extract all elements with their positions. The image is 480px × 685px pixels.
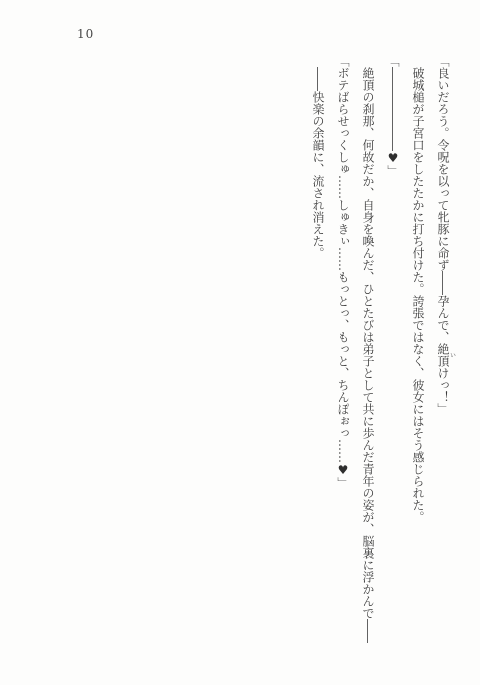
ruby-annotated-word: 絶頂い [436, 343, 450, 367]
text-column-dialogue-heart: 「―――――――♥」 [380, 55, 405, 673]
heart-symbol: ♥ [336, 463, 350, 477]
text-column-narrative-climax: 絶頂の刹那、何故だか、自身を喚んだ、ひとたびは弟子として共に歩んだ青年の姿が、脳… [355, 55, 380, 673]
vertical-text-block: 「良いだろう。令呪を以って牝豚に命ず――孕んで、絶頂いけっ！」破城槌が子宮口をし… [305, 55, 455, 673]
page-number: 10 [77, 27, 94, 41]
heart-symbol: ♥ [386, 151, 400, 165]
text-column-narrative-afterglow: ――快楽の余韻に、流され消えた。 [305, 55, 330, 673]
book-page: 10 「良いだろう。令呪を以って牝豚に命ず――孕んで、絶頂いけっ！」破城槌が子宮… [0, 0, 480, 685]
text-column-dialogue-command: 「良いだろう。令呪を以って牝豚に命ず――孕んで、絶頂いけっ！」 [430, 55, 455, 673]
text-column-dialogue-moan: 「ボテばらせっくしゅ……しゅきぃ……もっとっ、もっと、ちんぽぉっ……♥」 [330, 55, 355, 673]
text-column-narrative-impact: 破城槌が子宮口をしたたかに打ち付けた。誇張ではなく、彼女にはそう感じられた。 [405, 55, 430, 673]
